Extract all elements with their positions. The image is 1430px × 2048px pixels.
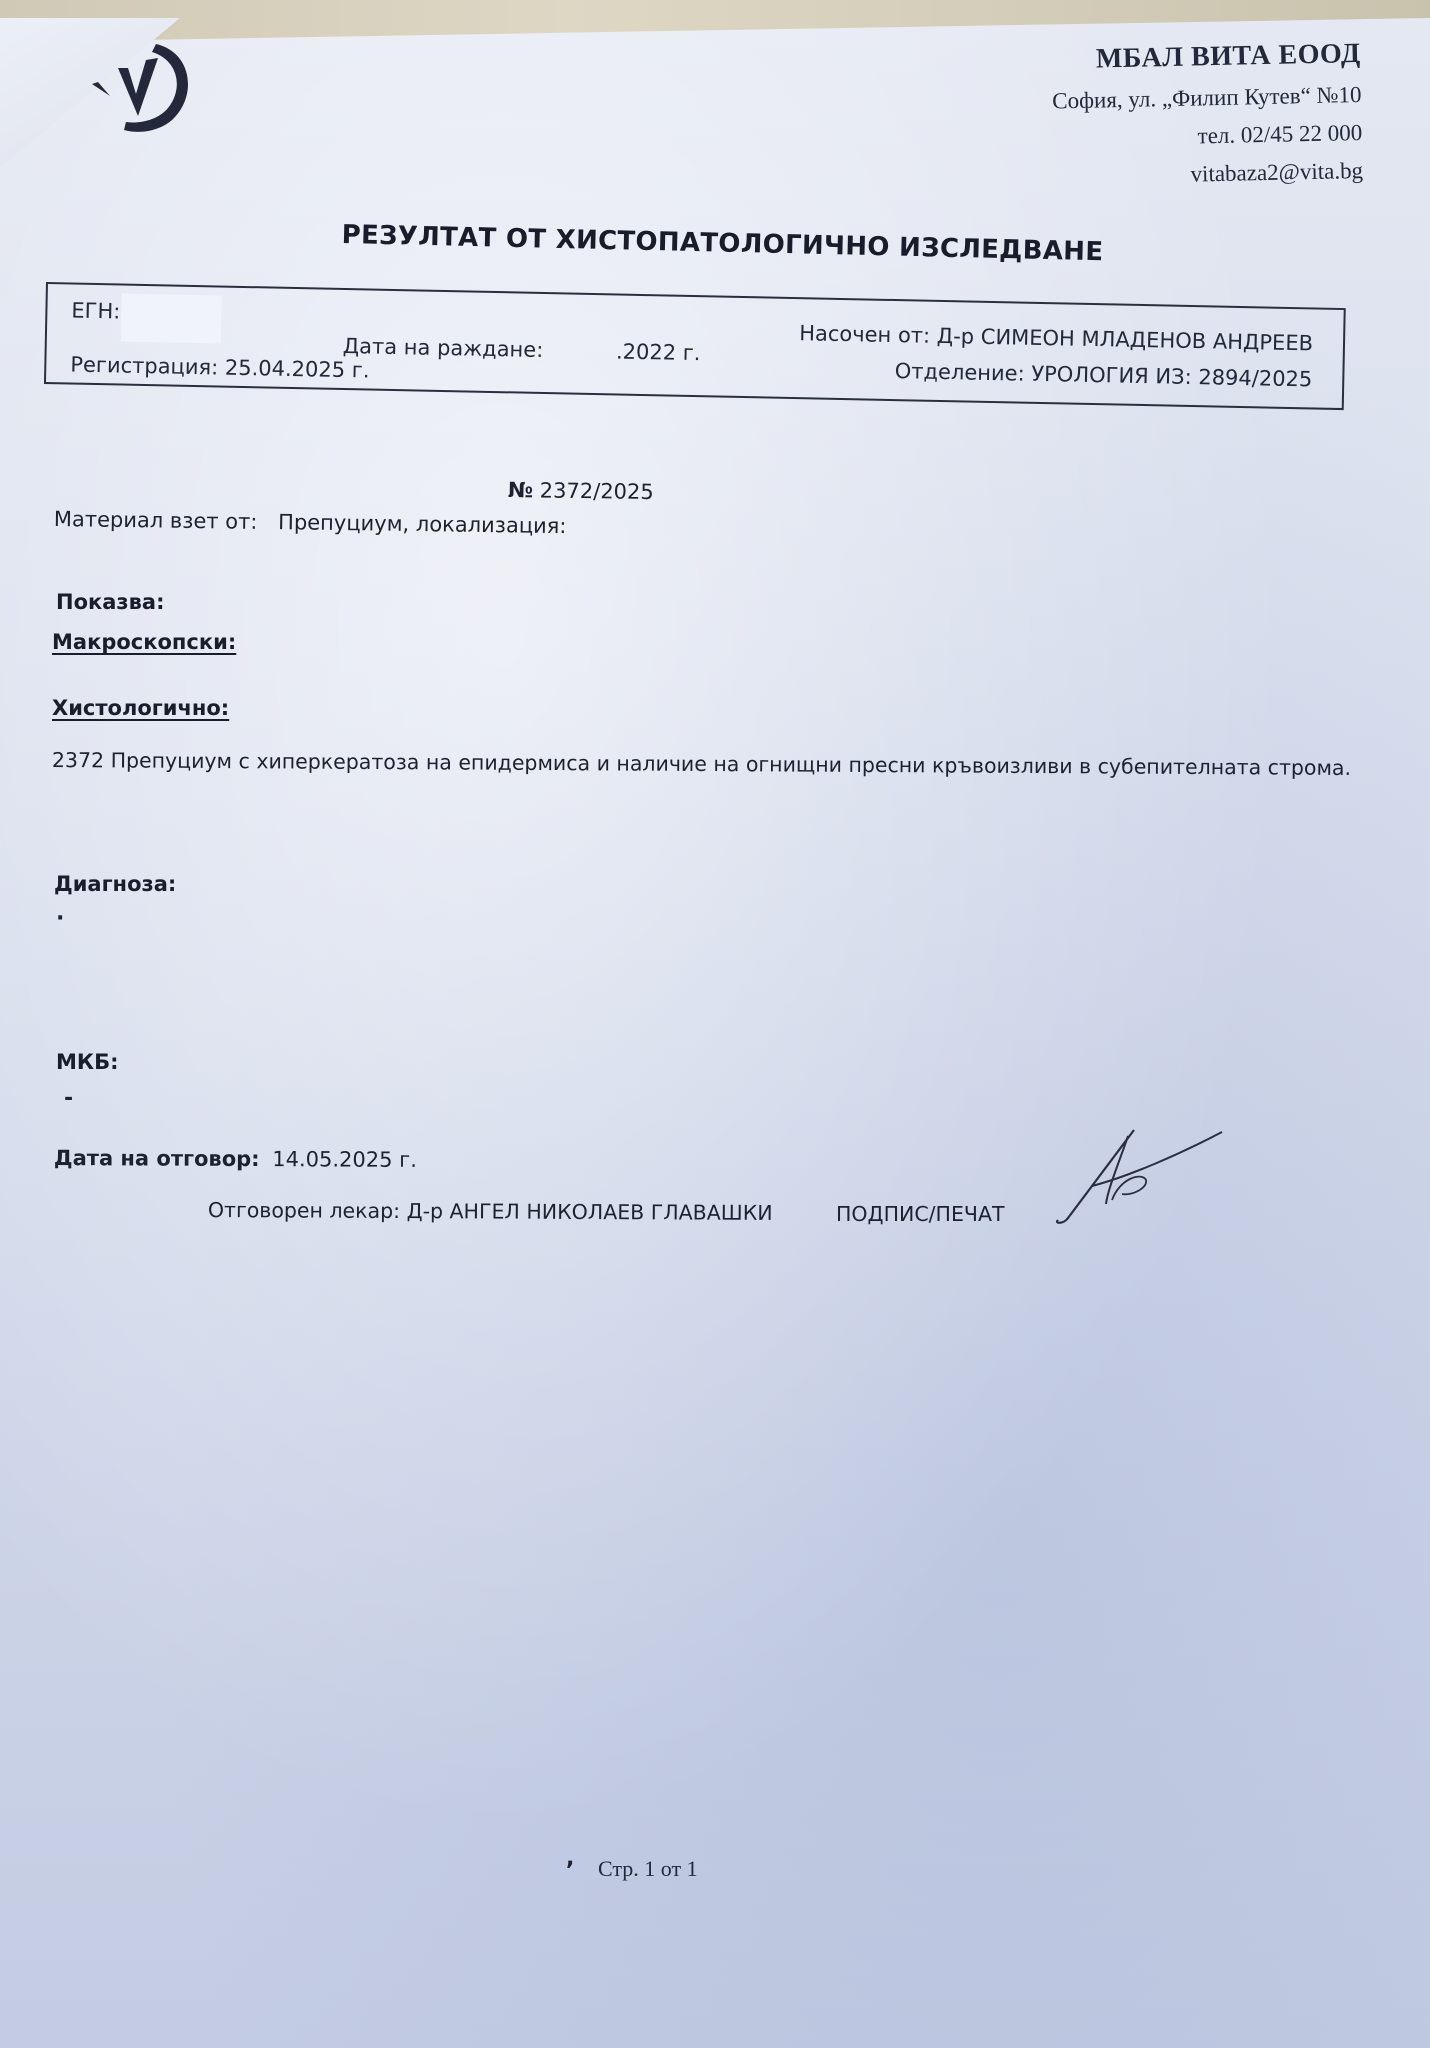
birth-date-field: Дата на раждане: .2022 г. — [343, 334, 701, 365]
icd-value: - — [64, 1086, 73, 1111]
doctor-label: Отговорен лекар: — [208, 1198, 400, 1223]
report-number-value: 2372/2025 — [540, 478, 654, 504]
egn-redaction — [121, 294, 222, 344]
responsible-doctor-field: Отговорен лекар: Д-р АНГЕЛ НИКОЛАЕВ ГЛАВ… — [208, 1198, 773, 1225]
clinic-address: София, ул. „Филип Кутев“ №10 — [1052, 76, 1362, 120]
egn-field: ЕГН: — [71, 299, 120, 324]
department-field: Отделение: УРОЛОГИЯ ИЗ: 2894/2025 — [895, 359, 1313, 391]
clinic-name: МБАЛ ВИТА ЕООД — [1051, 38, 1361, 76]
vita-logo-icon — [80, 38, 200, 138]
handwritten-signature-icon — [1050, 1120, 1230, 1230]
department-label: Отделение: — [895, 359, 1025, 386]
material-label: Материал взет от: — [54, 507, 258, 534]
clinic-phone: тел. 02/45 22 000 — [1052, 114, 1362, 158]
histology-heading: Хистологично: — [52, 696, 229, 720]
signature-stamp-label: ПОДПИС/ПЕЧАТ — [836, 1202, 1005, 1226]
registration-field: Регистрация: 25.04.2025 г. — [70, 353, 370, 383]
stray-ink-mark: , — [566, 1846, 574, 1871]
macroscopic-heading: Макроскопски: — [52, 630, 236, 654]
referrer-value: Д-р СИМЕОН МЛАДЕНОВ АНДРЕЕВ — [937, 324, 1314, 356]
answer-date-field: Дата на отговор: 14.05.2025 г. — [54, 1146, 417, 1172]
referrer-field: Насочен от: Д-р СИМЕОН МЛАДЕНОВ АНДРЕЕВ — [799, 321, 1313, 355]
report-number: № 2372/2025 — [508, 478, 654, 504]
diagnosis-heading: Диагноза: — [54, 872, 176, 896]
clinic-header: МБАЛ ВИТА ЕООД София, ул. „Филип Кутев“ … — [1051, 38, 1363, 196]
registration-label: Регистрация: — [70, 353, 218, 380]
egn-label: ЕГН: — [71, 299, 120, 324]
shows-heading: Показва: — [56, 590, 165, 614]
birth-date-label: Дата на раждане: — [343, 334, 544, 362]
diagnosis-value: · — [56, 906, 64, 931]
answer-date-value: 14.05.2025 г. — [272, 1147, 417, 1172]
registration-value: 25.04.2025 г. — [225, 356, 370, 383]
material-value: Препуциум, локализация: — [278, 510, 567, 538]
doctor-value: Д-р АНГЕЛ НИКОЛАЕВ ГЛАВАШКИ — [407, 1199, 773, 1225]
page-number: Стр. 1 от 1 — [598, 1856, 698, 1882]
referrer-label: Насочен от: — [799, 321, 930, 348]
number-sign: № — [508, 478, 534, 502]
clinic-email: vitabaza2@vita.bg — [1053, 152, 1363, 196]
department-value: УРОЛОГИЯ ИЗ: 2894/2025 — [1031, 362, 1312, 392]
birth-date-value: .2022 г. — [616, 339, 701, 365]
answer-date-label: Дата на отговор: — [54, 1146, 260, 1171]
icd-heading: МКБ: — [56, 1050, 118, 1074]
